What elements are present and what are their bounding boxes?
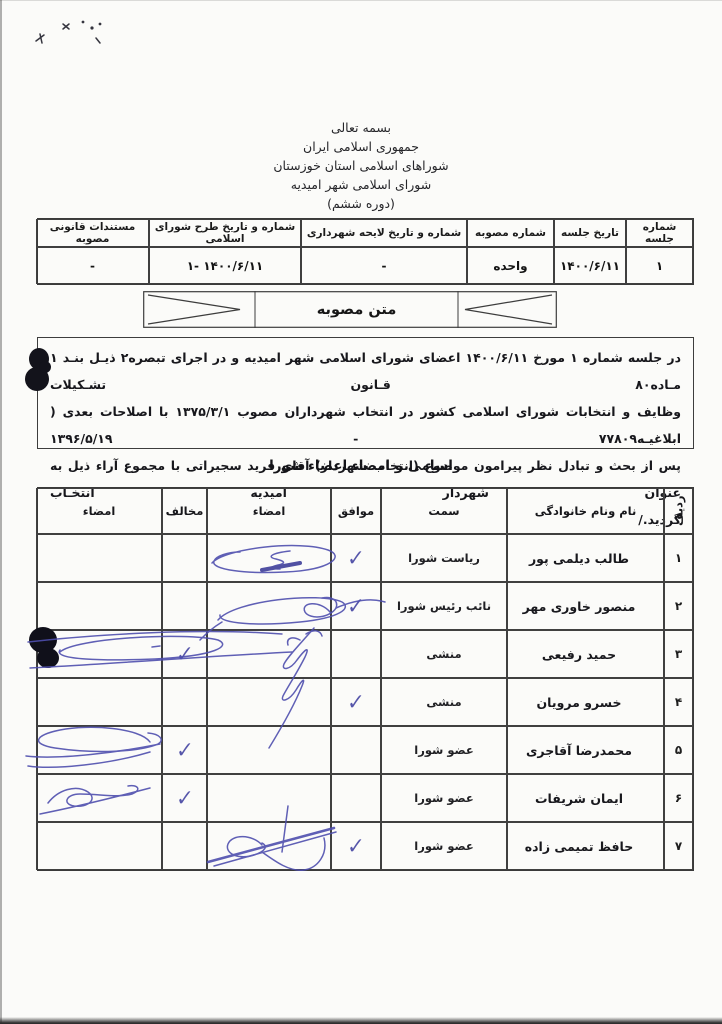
sig-header-oppose: مخالف [162, 488, 207, 534]
cell-signature-oppose [36, 678, 162, 726]
meta-table: شماره جلسه تاریخ جلسه شماره مصوبه شماره … [37, 218, 694, 285]
cell-member-name: محمدرضا آقاجری [507, 726, 664, 774]
cell-row-number: ۶ [664, 774, 693, 822]
cell-agree-vote [331, 774, 381, 822]
scan-edge-top [0, 0, 722, 1]
cell-member-position: منشی [381, 630, 507, 678]
cell-member-name: حافظ تمیمی زاده [507, 822, 664, 870]
cell-oppose-vote [162, 822, 207, 870]
cell-member-position: عضو شورا [381, 822, 507, 870]
cell-member-name: حمید رفیعی [507, 630, 664, 678]
meta-value-municipality-bill: - [301, 247, 467, 284]
cell-signature-agree [207, 774, 331, 822]
pen-marks-top-left [36, 21, 101, 43]
cell-signature-oppose [36, 582, 162, 630]
banner-chevron-right-icon [465, 295, 552, 324]
cell-member-position: عضو شورا [381, 774, 507, 822]
meta-value-session-no: ۱ [626, 247, 693, 284]
cell-member-name: ایمان شریفات [507, 774, 664, 822]
cell-oppose-vote: ✓ [162, 726, 207, 774]
cell-member-name: طالب دیلمی پور [507, 534, 664, 582]
oppose-check-mark: ✓ [175, 738, 193, 761]
agree-check-mark: ✓ [347, 690, 365, 713]
cell-agree-vote: ✓ [331, 822, 381, 870]
cell-member-position: نائب رئیس شورا [381, 582, 507, 630]
cell-row-number: ۳ [664, 630, 693, 678]
cell-row-number: ۱ [664, 534, 693, 582]
cell-agree-vote: ✓ [331, 582, 381, 630]
letterhead-line-basmala: بسمه تعالی [0, 118, 722, 137]
resolution-line: وظایف و انتخابات شورای اسلامی کشور در ان… [50, 398, 681, 452]
cell-member-position: ریاست شورا [381, 534, 507, 582]
cell-member-name: خسرو مرویان [507, 678, 664, 726]
cell-member-position: عضو شورا [381, 726, 507, 774]
cell-oppose-vote [162, 678, 207, 726]
cell-oppose-vote: ✓ [162, 774, 207, 822]
banner-title: متن مصوبه [255, 291, 458, 328]
cell-signature-oppose [36, 534, 162, 582]
cell-signature-agree [207, 678, 331, 726]
resolution-banner: متن مصوبه [143, 291, 557, 328]
agree-check-mark: ✓ [347, 546, 365, 569]
cell-agree-vote: ✓ [331, 534, 381, 582]
signature-table-title: اسامی و امضاء اعضاء شورا [0, 458, 722, 474]
scan-edge-bottom [0, 1017, 722, 1024]
meta-value-resolution-no: واحده [467, 247, 554, 284]
resolution-text-box: در جلسه شماره ۱ مورخ ۱۴۰۰/۶/۱۱ اعضای شور… [37, 337, 694, 449]
letterhead-line-republic: جمهوری اسلامی ایران [0, 137, 722, 156]
cell-oppose-vote [162, 534, 207, 582]
agree-check-mark: ✓ [347, 834, 365, 857]
meta-value-legal-docs: - [36, 247, 149, 284]
oppose-check-mark: ✓ [175, 786, 193, 809]
cell-row-number: ۷ [664, 822, 693, 870]
cell-row-number: ۲ [664, 582, 693, 630]
cell-signature-oppose [36, 630, 162, 678]
sig-header-signature-oppose: امضاء [36, 488, 162, 534]
resolution-line: در جلسه شماره ۱ مورخ ۱۴۰۰/۶/۱۱ اعضای شور… [50, 344, 681, 398]
sig-header-signature-agree: امضاء [207, 488, 331, 534]
cell-agree-vote [331, 630, 381, 678]
cell-signature-agree [207, 822, 331, 870]
cell-agree-vote [331, 726, 381, 774]
banner-chevron-left-icon [148, 295, 240, 324]
cell-row-number: ۵ [664, 726, 693, 774]
agree-check-mark: ✓ [347, 594, 365, 617]
letterhead-line-province: شوراهای اسلامی استان خوزستان [0, 156, 722, 175]
scanned-document-page: بسمه تعالی جمهوری اسلامی ایران شوراهای ا… [0, 0, 722, 1024]
meta-value-council-plan: ۱- ۱۴۰۰/۶/۱۱ [149, 247, 301, 284]
meta-header-resolution-no: شماره مصوبه [467, 219, 554, 247]
meta-header-session-date: تاریخ جلسه [554, 219, 626, 247]
cell-member-position: منشی [381, 678, 507, 726]
cell-signature-agree [207, 534, 331, 582]
cell-row-number: ۴ [664, 678, 693, 726]
letterhead-line-city-council: شورای اسلامی شهر امیدیه [0, 175, 722, 194]
sig-header-agree: موافق [331, 488, 381, 534]
sig-header-position: سمت [381, 488, 507, 534]
meta-header-session-no: شماره جلسه [626, 219, 693, 247]
cell-signature-agree [207, 726, 331, 774]
oppose-check-mark: ✓ [175, 642, 193, 665]
meta-header-legal-docs: مستندات قانونی مصوبه [36, 219, 149, 247]
scan-edge-left [0, 0, 2, 1024]
cell-signature-oppose [36, 726, 162, 774]
document-letterhead: بسمه تعالی جمهوری اسلامی ایران شوراهای ا… [0, 118, 722, 213]
meta-header-municipality-bill: شماره و تاریخ لایحه شهرداری [301, 219, 467, 247]
sig-header-name: نام ونام خانوادگی [507, 488, 664, 534]
meta-header-council-plan: شماره و تاریخ طرح شورای اسلامی [149, 219, 301, 247]
cell-signature-agree [207, 630, 331, 678]
letterhead-line-term: (دوره ششم) [0, 194, 722, 213]
cell-oppose-vote: ✓ [162, 630, 207, 678]
cell-signature-oppose [36, 774, 162, 822]
signature-table: ردیف نام ونام خانوادگی سمت موافق امضاء م… [37, 487, 694, 871]
cell-member-name: منصور خاوری مهر [507, 582, 664, 630]
cell-oppose-vote [162, 582, 207, 630]
sig-header-row-no: ردیف [664, 488, 693, 534]
meta-value-session-date: ۱۴۰۰/۶/۱۱ [554, 247, 626, 284]
cell-signature-agree [207, 582, 331, 630]
cell-agree-vote: ✓ [331, 678, 381, 726]
cell-signature-oppose [36, 822, 162, 870]
